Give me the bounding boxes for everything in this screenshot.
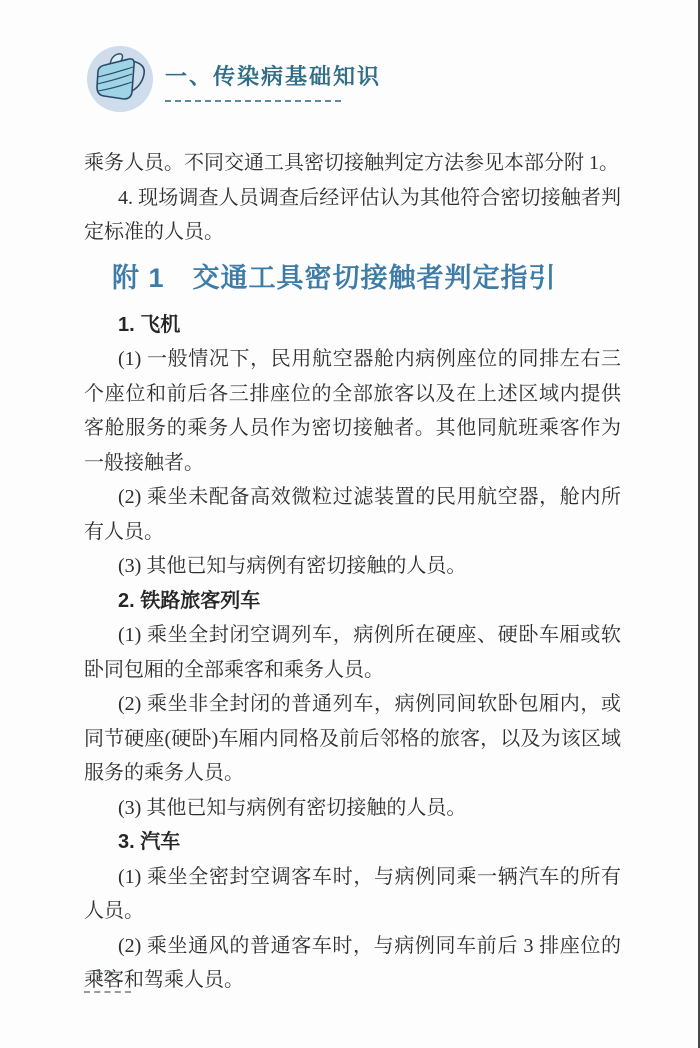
section-title-aircraft: 1. 飞机 bbox=[84, 308, 621, 343]
section-title-automobile: 3. 汽车 bbox=[84, 825, 621, 860]
paragraph-aircraft-2: (2) 乘坐未配备高效微粒过滤装置的民用航空器，舱内所有人员。 bbox=[84, 480, 621, 549]
paragraph-aircraft-3: (3) 其他已知与病例有密切接触的人员。 bbox=[84, 549, 621, 584]
chapter-title: 一、传染病基础知识 bbox=[165, 60, 381, 91]
book-page: 一、传染病基础知识 乘务人员。不同交通工具密切接触判定方法参见本部分附 1。 4… bbox=[0, 0, 700, 1048]
face-mask-icon bbox=[85, 44, 155, 114]
chapter-header: 一、传染病基础知识 bbox=[85, 44, 381, 114]
chapter-header-text: 一、传染病基础知识 bbox=[165, 56, 381, 102]
paragraph-automobile-1: (1) 乘坐全密封空调客车时，与病例同乘一辆汽车的所有人员。 bbox=[84, 860, 621, 929]
page-content: 乘务人员。不同交通工具密切接触判定方法参见本部分附 1。 4. 现场调查人员调查… bbox=[84, 146, 621, 998]
paragraph-automobile-2: (2) 乘坐通风的普通客车时，与病例同车前后 3 排座位的乘客和驾乘人员。 bbox=[84, 929, 621, 998]
paragraph-train-2: (2) 乘坐非全封闭的普通列车，病例同间软卧包厢内，或同节硬座(硬卧)车厢内同格… bbox=[84, 687, 621, 791]
section-title-train: 2. 铁路旅客列车 bbox=[84, 584, 621, 619]
page-footer: 12 bbox=[84, 966, 131, 993]
paragraph-aircraft-1: (1) 一般情况下，民用航空器舱内病例座位的同排左右三个座位和前后各三排座位的全… bbox=[84, 342, 621, 480]
paragraph-train-1: (1) 乘坐全封闭空调列车，病例所在硬座、硬卧车厢或软卧同包厢的全部乘客和乘务人… bbox=[84, 618, 621, 687]
paragraph-train-3: (3) 其他已知与病例有密切接触的人员。 bbox=[84, 791, 621, 826]
page-number: 12 bbox=[84, 966, 131, 986]
paragraph-item-4: 4. 现场调查人员调查后经评估认为其他符合密切接触者判定标准的人员。 bbox=[84, 181, 621, 250]
chapter-title-underline bbox=[165, 100, 341, 102]
appendix-heading: 附 1 交通工具密切接触者判定指引 bbox=[112, 261, 621, 295]
paragraph-continuation: 乘务人员。不同交通工具密切接触判定方法参见本部分附 1。 bbox=[84, 146, 621, 181]
page-number-underline bbox=[84, 991, 131, 993]
